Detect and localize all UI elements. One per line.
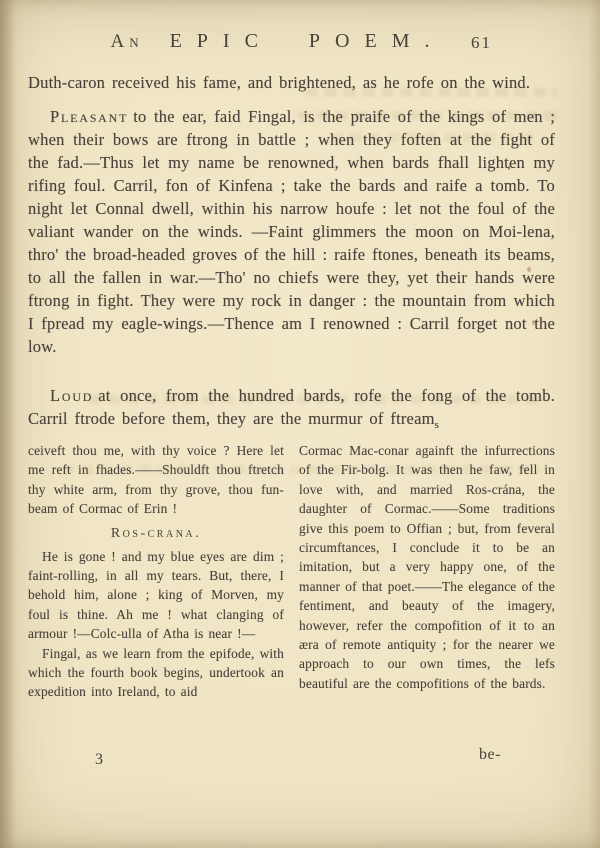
page-title: AnEPIC POEM. [110,30,444,53]
footnote-heading: Ros-crana. [28,526,284,542]
body-paragraph: Pleasantto the ear, faid Fingal, is the … [28,105,555,358]
page-title-main: EPIC POEM. [170,30,445,52]
paragraph-text: at once, from the hundred bards, rofe th… [28,386,555,428]
footnote-paragraph: ceiveft thou me, with thy voice ? Here l… [28,441,284,519]
paragraph-lead-word: Pleasant [50,107,128,126]
page-title-article: An [110,31,143,52]
running-head: AnEPIC POEM. 61 [28,30,555,58]
paragraph-text: Duth-caron received his fame, and bright… [28,73,530,92]
footnote-paragraph: Fingal, as we learn from the epifode, wi… [28,644,284,702]
page-number: 61 [471,33,492,53]
body-paragraph: Loudat once, from the hundred bards, rof… [28,384,555,430]
footnote-column-left: ceiveft thou me, with thy voice ? Here l… [28,441,284,702]
paragraph-text: to the ear, faid Fingal, is the praife o… [28,107,555,356]
footnote-column-right: Cormac Mac-conar againft the infurrectio… [299,441,555,702]
signature-mark: 3 [95,751,103,769]
footnote-paragraph: Cormac Mac-conar againft the infurrectio… [299,441,555,693]
body-text: Duth-caron received his fame, and bright… [28,71,555,430]
footnotes-section: ceiveft thou me, with thy voice ? Here l… [28,441,555,702]
book-page: AnEPIC POEM. 61 Duth-caron received his … [0,0,600,848]
body-paragraph: Duth-caron received his fame, and bright… [28,71,555,94]
footnote-paragraph: He is gone ! and my blue eyes are dim ; … [28,547,284,644]
paragraph-lead-word: Loud [50,386,93,405]
dropped-letter: s [435,419,439,431]
catchword: be- [479,746,501,764]
page-content: AnEPIC POEM. 61 Duth-caron received his … [0,0,600,702]
